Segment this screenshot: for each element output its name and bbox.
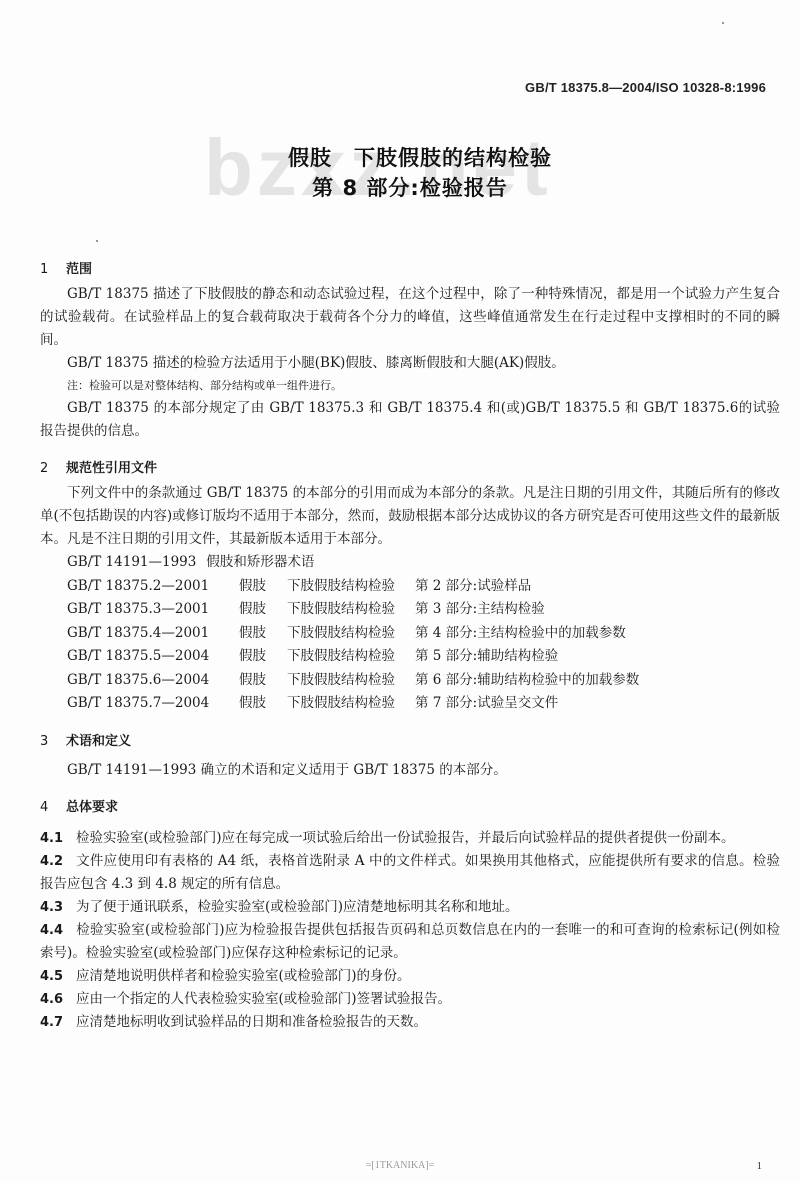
reference-title-part: 假肢 xyxy=(239,575,287,599)
section-number: 3 xyxy=(40,728,66,755)
reference-item: GB/T 14191—1993 假肢和矫形器术语 xyxy=(67,551,780,575)
clause-text: 检验实验室(或检验部门)应在每完成一项试验后给出一份试验报告，并最后向试验样品的… xyxy=(76,830,735,846)
clause-number: 4.5 xyxy=(40,965,76,988)
footer-mark: =[1TKANIKA]= xyxy=(0,1160,800,1171)
reference-title-part: 下肢假肢结构检验 xyxy=(287,598,415,622)
scan-speck xyxy=(96,240,98,242)
clause: 4.1检验实验室(或检验部门)应在每完成一项试验后给出一份试验报告，并最后向试验… xyxy=(40,827,780,850)
clause: 4.4检验实验室(或检验部门)应为检验报告提供包括报告页码和总页数信息在内的一套… xyxy=(40,919,780,965)
section-number: 1 xyxy=(40,256,66,283)
paragraph: 下列文件中的条款通过 GB/T 18375 的本部分的引用而成为本部分的条款。凡… xyxy=(40,482,780,551)
section-normative-references: 2规范性引用文件 下列文件中的条款通过 GB/T 18375 的本部分的引用而成… xyxy=(40,455,780,716)
reference-title-part: 下肢假肢结构检验 xyxy=(287,669,415,693)
reference-code: GB/T 18375.7—2004 xyxy=(67,692,239,716)
title-line-1: 假肢 下肢假肢的结构检验 xyxy=(0,143,800,173)
section-heading: 3术语和定义 xyxy=(40,728,780,755)
section-title: 总体要求 xyxy=(66,800,118,815)
section-number: 4 xyxy=(40,794,66,821)
clause: 4.6应由一个指定的人代表检验实验室(或检验部门)签署试验报告。 xyxy=(40,988,780,1011)
document-page: GB/T 18375.8—2004/ISO 10328-8:1996 bzxz.… xyxy=(0,0,800,1182)
clause: 4.3为了便于通讯联系，检验实验室(或检验部门)应清楚地标明其名称和地址。 xyxy=(40,896,780,919)
reference-title-part: 假肢 xyxy=(239,598,287,622)
title-line-2: 第 8 部分:检验报告 xyxy=(0,173,800,203)
clause-text: 应清楚地标明收到试验样品的日期和准备检验报告的天数。 xyxy=(76,1014,427,1030)
section-general-requirements: 4总体要求 4.1检验实验室(或检验部门)应在每完成一项试验后给出一份试验报告，… xyxy=(40,794,780,1034)
reference-title: 假肢和矫形器术语 xyxy=(196,551,314,575)
clause-text: 应清楚地说明供样者和检验实验室(或检验部门)的身份。 xyxy=(76,968,411,984)
reference-code: GB/T 18375.3—2001 xyxy=(67,598,239,622)
reference-title-part: 假肢 xyxy=(239,622,287,646)
clause-number: 4.4 xyxy=(40,919,76,942)
reference-title-part: 假肢 xyxy=(239,669,287,693)
page-number: 1 xyxy=(757,1160,763,1172)
section-scope: 1范围 GB/T 18375 描述了下肢假肢的静态和动态试验过程，在这个过程中，… xyxy=(40,256,780,443)
clause-number: 4.3 xyxy=(40,896,76,919)
reference-item: GB/T 18375.5—2004 假肢 下肢假肢结构检验 第 5 部分:辅助结… xyxy=(67,645,780,669)
reference-item: GB/T 18375.7—2004 假肢 下肢假肢结构检验 第 7 部分:试验呈… xyxy=(67,692,780,716)
reference-code: GB/T 18375.4—2001 xyxy=(67,622,239,646)
section-heading: 4总体要求 xyxy=(40,794,780,821)
reference-title-part: 第 3 部分:主结构检验 xyxy=(415,598,545,622)
reference-title-part: 第 5 部分:辅助结构检验 xyxy=(415,645,558,669)
standard-code: GB/T 18375.8—2004/ISO 10328-8:1996 xyxy=(525,80,766,95)
clause-text: 应由一个指定的人代表检验实验室(或检验部门)签署试验报告。 xyxy=(76,991,451,1007)
clause: 4.2文件应使用印有表格的 A4 纸，表格首选附录 A 中的文件样式。如果换用其… xyxy=(40,850,780,896)
paragraph: GB/T 18375 描述了下肢假肢的静态和动态试验过程，在这个过程中，除了一种… xyxy=(40,283,780,352)
reference-title-part: 下肢假肢结构检验 xyxy=(287,575,415,599)
clause-number: 4.1 xyxy=(40,827,76,850)
clause-number: 4.2 xyxy=(40,850,76,873)
document-body: 1范围 GB/T 18375 描述了下肢假肢的静态和动态试验过程，在这个过程中，… xyxy=(40,256,780,1034)
reference-title-part: 第 2 部分:试验样品 xyxy=(415,575,531,599)
reference-title-part: 第 6 部分:辅助结构检验中的加载参数 xyxy=(415,669,639,693)
section-title: 规范性引用文件 xyxy=(66,461,157,476)
clause-text: 文件应使用印有表格的 A4 纸，表格首选附录 A 中的文件样式。如果换用其他格式… xyxy=(40,853,780,892)
reference-title-part: 第 4 部分:主结构检验中的加载参数 xyxy=(415,622,626,646)
reference-code: GB/T 18375.6—2004 xyxy=(67,669,239,693)
clause: 4.7应清楚地标明收到试验样品的日期和准备检验报告的天数。 xyxy=(40,1011,780,1034)
paragraph: GB/T 14191—1993 确立的术语和定义适用于 GB/T 18375 的… xyxy=(40,759,780,782)
reference-title-part: 第 7 部分:试验呈交文件 xyxy=(415,692,558,716)
section-number: 2 xyxy=(40,455,66,482)
reference-item: GB/T 18375.3—2001 假肢 下肢假肢结构检验 第 3 部分:主结构… xyxy=(67,598,780,622)
reference-title-part: 下肢假肢结构检验 xyxy=(287,692,415,716)
clause-text: 为了便于通讯联系，检验实验室(或检验部门)应清楚地标明其名称和地址。 xyxy=(76,899,519,915)
paragraph: GB/T 18375 的本部分规定了由 GB/T 18375.3 和 GB/T … xyxy=(40,397,780,443)
reference-title-part: 下肢假肢结构检验 xyxy=(287,645,415,669)
note: 注：检验可以是对整体结构、部分结构或单一组件进行。 xyxy=(40,375,780,397)
reference-code: GB/T 18375.5—2004 xyxy=(67,645,239,669)
paragraph: GB/T 18375 描述的检验方法适用于小腿(BK)假肢、膝离断假肢和大腿(A… xyxy=(40,352,780,375)
section-title: 范围 xyxy=(66,262,92,277)
reference-code: GB/T 18375.2—2001 xyxy=(67,575,239,599)
clause-number: 4.6 xyxy=(40,988,76,1011)
reference-code: GB/T 14191—1993 xyxy=(67,551,196,575)
scan-speck xyxy=(722,22,724,24)
reference-item: GB/T 18375.6—2004 假肢 下肢假肢结构检验 第 6 部分:辅助结… xyxy=(67,669,780,693)
clause: 4.5应清楚地说明供样者和检验实验室(或检验部门)的身份。 xyxy=(40,965,780,988)
document-title: 假肢 下肢假肢的结构检验 第 8 部分:检验报告 xyxy=(0,143,800,203)
clause-text: 检验实验室(或检验部门)应为检验报告提供包括报告页码和总页数信息在内的一套唯一的… xyxy=(40,922,780,961)
section-heading: 2规范性引用文件 xyxy=(40,455,780,482)
reference-title-part: 下肢假肢结构检验 xyxy=(287,622,415,646)
reference-title-part: 假肢 xyxy=(239,692,287,716)
section-title: 术语和定义 xyxy=(66,734,131,749)
reference-item: GB/T 18375.2—2001 假肢 下肢假肢结构检验 第 2 部分:试验样… xyxy=(67,575,780,599)
section-terms-definitions: 3术语和定义 GB/T 14191—1993 确立的术语和定义适用于 GB/T … xyxy=(40,728,780,782)
reference-title-part: 假肢 xyxy=(239,645,287,669)
clause-number: 4.7 xyxy=(40,1011,76,1034)
section-heading: 1范围 xyxy=(40,256,780,283)
reference-list: GB/T 14191—1993 假肢和矫形器术语 GB/T 18375.2—20… xyxy=(40,551,780,716)
reference-item: GB/T 18375.4—2001 假肢 下肢假肢结构检验 第 4 部分:主结构… xyxy=(67,622,780,646)
